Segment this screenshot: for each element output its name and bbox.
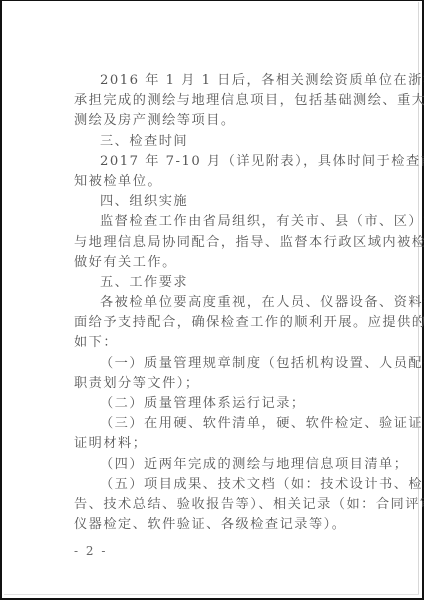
section-heading-work-requirements: 五、工作要求	[74, 273, 366, 293]
page-edge-bottom	[4, 594, 419, 595]
text-line: 面给予支持配合，确保检查工作的顺利开展。应提供的资料	[74, 313, 366, 333]
text-line: 做好有关工作。	[74, 253, 366, 273]
text-line: 监督检查工作由省局组织，有关市、县（市、区）测绘	[74, 212, 366, 232]
page-number: - 2 -	[74, 544, 107, 558]
list-item-3: （三）在用硬、软件清单，硬、软件检定、验证证书、	[74, 414, 366, 434]
list-item-1: （一）质量管理规章制度（包括机构设置、人员配备及	[74, 354, 366, 374]
document-page: 2016 年 1 月 1 日后，各相关测绘资质单位在浙江省境内 承担完成的测绘与…	[0, 0, 424, 600]
text-line: 测绘及房产测绘等项目。	[74, 111, 366, 131]
list-item-5: （五）项目成果、技术文档（如：技术设计书、检查报	[74, 475, 366, 495]
list-item-4: （四）近两年完成的测绘与地理信息项目清单；	[74, 455, 366, 475]
text-line: 2016 年 1 月 1 日后，各相关测绘资质单位在浙江省境内	[74, 71, 366, 91]
text-line: 知被检单位。	[74, 172, 366, 192]
text-line: 仪器检定、软件验证、各级检查记录等）。	[74, 515, 366, 535]
text-line: 2017 年 7-10 月（详见附表），具体时间于检查前一周通	[74, 152, 366, 172]
text-line: 承担完成的测绘与地理信息项目，包括基础测绘、重大工程	[74, 91, 366, 111]
text-line: 证明材料；	[74, 434, 366, 454]
text-line: 与地理信息局协同配合，指导、监督本行政区域内被检单位	[74, 233, 366, 253]
text-line: 职责划分等文件）；	[74, 374, 366, 394]
text-line: 告、技术总结、验收报告等）、相关记录（如：合同评审、	[74, 495, 366, 515]
text-line: 各被检单位要高度重视，在人员、仪器设备、资料等方	[74, 293, 366, 313]
list-item-2: （二）质量管理体系运行记录；	[74, 394, 366, 414]
body-text: 2016 年 1 月 1 日后，各相关测绘资质单位在浙江省境内 承担完成的测绘与…	[74, 71, 366, 535]
text-line: 如下：	[74, 333, 366, 353]
section-heading-inspection-time: 三、检查时间	[74, 132, 366, 152]
section-heading-organization: 四、组织实施	[74, 192, 366, 212]
